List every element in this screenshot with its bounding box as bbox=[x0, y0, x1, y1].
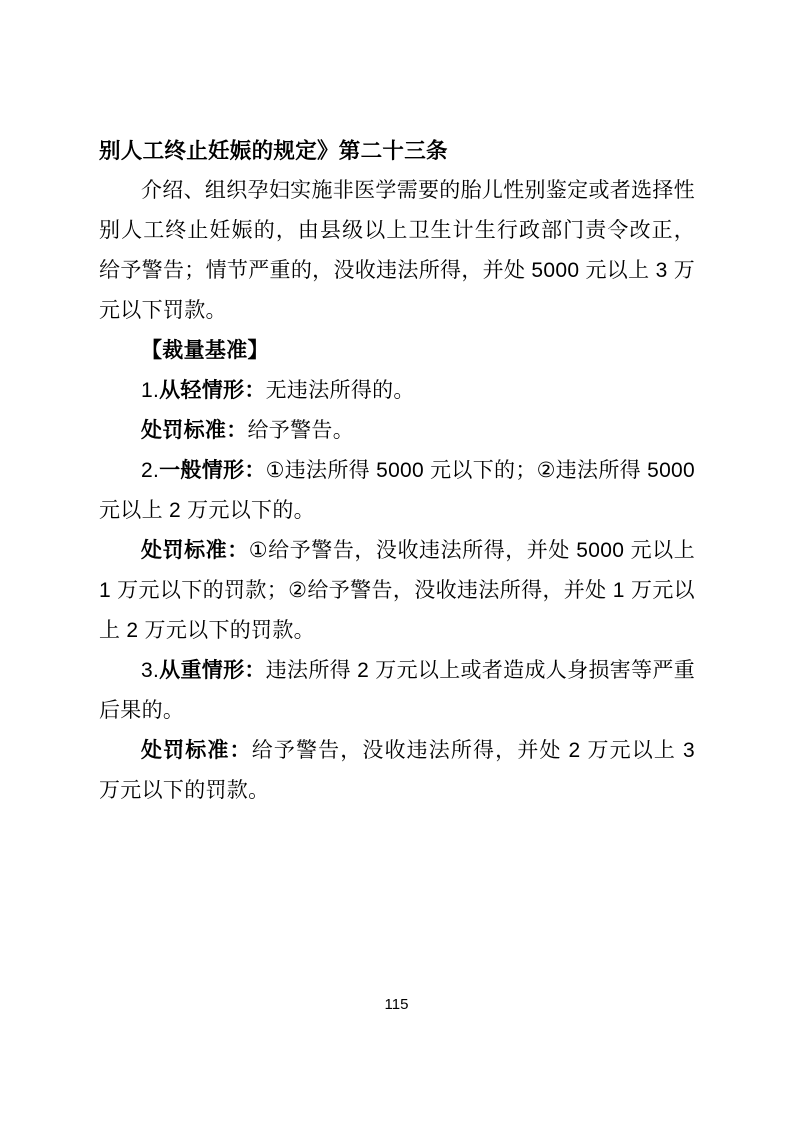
section-heading-discretion-basis: 【裁量基准】 bbox=[99, 331, 695, 371]
bold-text-run: 【裁量基准】 bbox=[141, 339, 269, 362]
document-body: 别人工终止妊娠的规定》第二十三条介绍、组织孕妇实施非医学需要的胎儿性别鉴定或者选… bbox=[99, 131, 695, 811]
item-2-general-circumstance: 2.一般情形：①违法所得 5000 元以下的；②违法所得 5000 元以上 2 … bbox=[99, 451, 695, 531]
item-3-severe-circumstance: 3.从重情形：违法所得 2 万元以上或者造成人身损害等严重后果的。 bbox=[99, 651, 695, 731]
bold-text-run: 从轻情形： bbox=[159, 379, 266, 402]
item-2-penalty-standard: 处罚标准：①给予警告，没收违法所得，并处 5000 元以上 1 万元以下的罚款；… bbox=[99, 531, 695, 651]
text-run: 给予警告。 bbox=[248, 419, 355, 442]
text-run: 3. bbox=[141, 659, 159, 682]
bold-text-run: 从重情形： bbox=[159, 659, 266, 682]
article-body-text: 介绍、组织孕妇实施非医学需要的胎儿性别鉴定或者选择性别人工终止妊娠的，由县级以上… bbox=[99, 171, 695, 331]
item-1-penalty-standard: 处罚标准：给予警告。 bbox=[99, 411, 695, 451]
text-run: 1. bbox=[141, 379, 159, 402]
page-number: 115 bbox=[0, 995, 793, 1015]
text-run: 介绍、组织孕妇实施非医学需要的胎儿性别鉴定或者选择性别人工终止妊娠的，由县级以上… bbox=[99, 179, 695, 322]
document-page: 别人工终止妊娠的规定》第二十三条介绍、组织孕妇实施非医学需要的胎儿性别鉴定或者选… bbox=[0, 0, 793, 1122]
bold-text-run: 处罚标准： bbox=[141, 539, 249, 562]
item-3-penalty-standard: 处罚标准：给予警告，没收违法所得，并处 2 万元以上 3 万元以下的罚款。 bbox=[99, 731, 695, 811]
text-run: 无违法所得的。 bbox=[266, 379, 415, 402]
text-run: 2. bbox=[141, 459, 159, 482]
bold-text-run: 一般情形： bbox=[159, 459, 266, 482]
article-heading: 别人工终止妊娠的规定》第二十三条 bbox=[99, 131, 695, 171]
bold-text-run: 处罚标准： bbox=[141, 419, 248, 442]
item-1-lenient-circumstance: 1.从轻情形：无违法所得的。 bbox=[99, 371, 695, 411]
bold-text-run: 处罚标准： bbox=[141, 739, 252, 762]
bold-text-run: 别人工终止妊娠的规定》第二十三条 bbox=[99, 139, 448, 163]
